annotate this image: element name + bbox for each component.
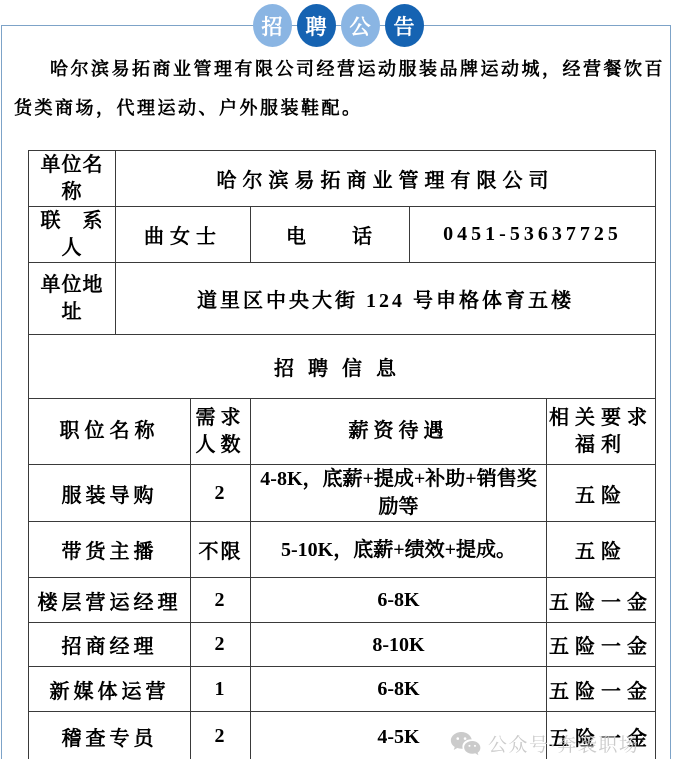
- phone-label: 电 话: [251, 207, 410, 263]
- header-job-title: 职位名称: [29, 399, 191, 465]
- watermark: 公众号·奔袭职场: [450, 730, 639, 757]
- jobs-header-row: 职位名称 需求 人数 薪资待遇 相关要求 福利: [29, 399, 656, 465]
- job-title: 招商经理: [29, 623, 191, 667]
- section-title: 招聘信息: [29, 335, 656, 399]
- contact-name-value: 曲女士: [116, 207, 251, 263]
- job-title: 服装导购: [29, 465, 191, 522]
- badge-pin: 聘: [297, 4, 336, 47]
- header-salary: 薪资待遇: [251, 399, 547, 465]
- job-salary: 5-10K，底薪+绩效+提成。: [251, 522, 547, 578]
- badge-zhao: 招: [253, 4, 292, 47]
- job-welfare: 五险一金: [547, 667, 656, 712]
- job-headcount: 2: [191, 623, 251, 667]
- job-welfare: 五险一金: [547, 623, 656, 667]
- job-headcount: 2: [191, 578, 251, 623]
- table-row: 新媒体运营 1 6-8K 五险一金: [29, 667, 656, 712]
- job-title: 楼层营运经理: [29, 578, 191, 623]
- recruitment-notice-page: 招 聘 公 告 哈尔滨易拓商业管理有限公司经营运动服装品牌运动城，经营餐饮百货类…: [0, 0, 676, 759]
- job-welfare: 五险: [547, 465, 656, 522]
- badge-gong: 公: [341, 4, 380, 47]
- job-title: 稽查专员: [29, 712, 191, 759]
- header-welfare: 相关要求 福利: [547, 399, 656, 465]
- job-headcount: 2: [191, 465, 251, 522]
- job-welfare: 五险: [547, 522, 656, 578]
- company-name-label: 单位名 称: [29, 151, 116, 207]
- job-welfare: 五险一金: [547, 578, 656, 623]
- phone-number-value: 0451-53637725: [410, 207, 656, 263]
- wechat-icon: [450, 731, 481, 757]
- badge-gao: 告: [385, 4, 424, 47]
- job-headcount: 2: [191, 712, 251, 759]
- address-row: 单位地 址 道里区中央大街 124 号申格体育五楼: [29, 263, 656, 335]
- address-label: 单位地 址: [29, 263, 116, 335]
- job-salary: 8-10K: [251, 623, 547, 667]
- job-salary: 6-8K: [251, 578, 547, 623]
- table-row: 带货主播 不限 5-10K，底薪+绩效+提成。 五险: [29, 522, 656, 578]
- contact-row: 联 系 人 曲女士 电 话 0451-53637725: [29, 207, 656, 263]
- notice-title-badges: 招 聘 公 告: [0, 4, 676, 47]
- section-title-row: 招聘信息: [29, 335, 656, 399]
- job-headcount: 1: [191, 667, 251, 712]
- table-row: 服装导购 2 4-8K，底薪+提成+补助+销售奖励等 五险: [29, 465, 656, 522]
- job-title: 带货主播: [29, 522, 191, 578]
- company-name-value: 哈尔滨易拓商业管理有限公司: [116, 151, 656, 207]
- watermark-text: 公众号·奔袭职场: [488, 730, 639, 757]
- header-headcount: 需求 人数: [191, 399, 251, 465]
- company-name-row: 单位名 称 哈尔滨易拓商业管理有限公司: [29, 151, 656, 207]
- intro-paragraph: 哈尔滨易拓商业管理有限公司经营运动服装品牌运动城，经营餐饮百货类商场，代理运动、…: [14, 50, 667, 128]
- recruitment-table: 单位名 称 哈尔滨易拓商业管理有限公司 联 系 人 曲女士 电 话 0451-5…: [28, 150, 656, 759]
- contact-label: 联 系 人: [29, 207, 116, 263]
- job-title: 新媒体运营: [29, 667, 191, 712]
- table-row: 招商经理 2 8-10K 五险一金: [29, 623, 656, 667]
- table-row: 楼层营运经理 2 6-8K 五险一金: [29, 578, 656, 623]
- job-headcount: 不限: [191, 522, 251, 578]
- job-salary: 4-8K，底薪+提成+补助+销售奖励等: [251, 465, 547, 522]
- address-value: 道里区中央大街 124 号申格体育五楼: [116, 263, 656, 335]
- job-salary: 6-8K: [251, 667, 547, 712]
